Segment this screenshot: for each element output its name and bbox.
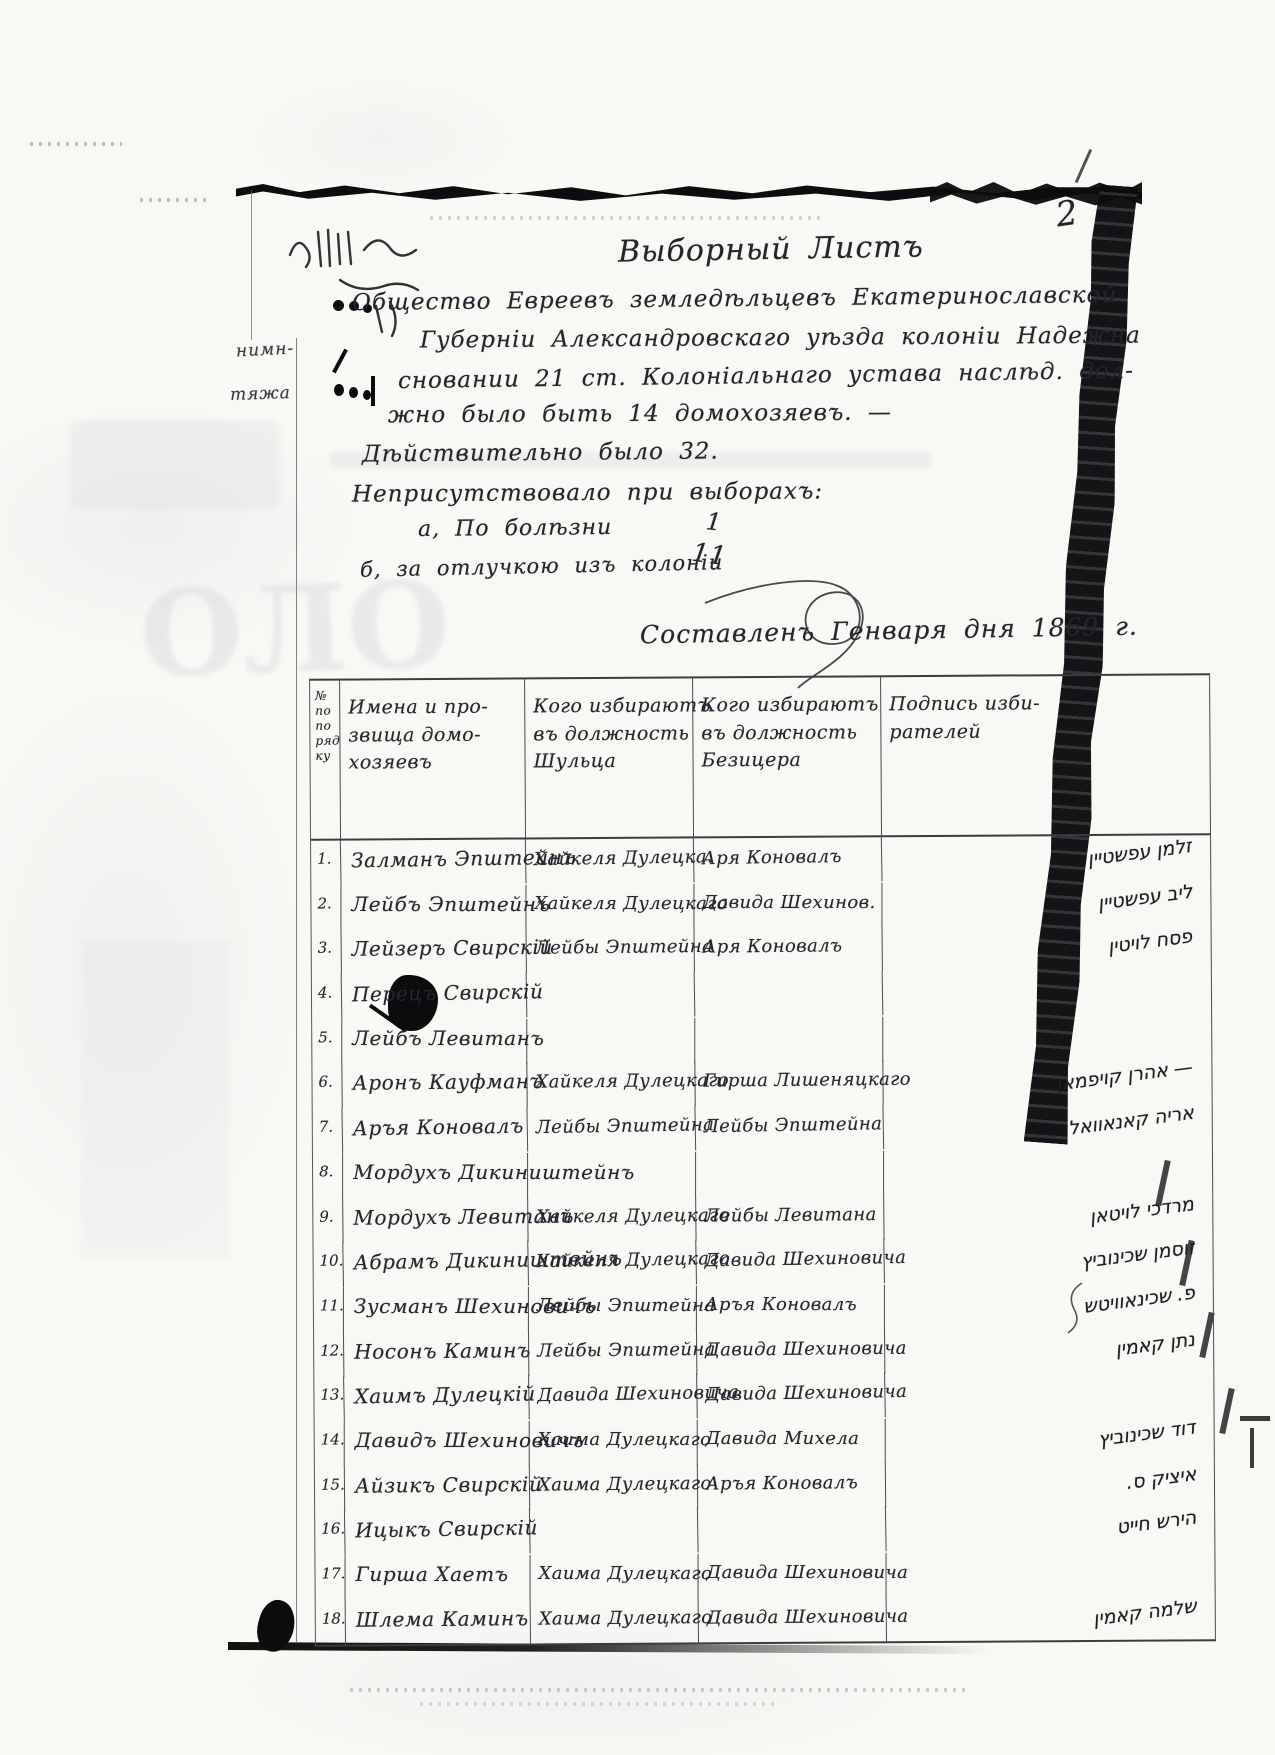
signature-cell: זלמן עפשטיין (882, 835, 1211, 882)
householder-name-cell: Мордухъ Левитанъ (343, 1197, 528, 1243)
signature-cell: — אהרן קויפמאן (883, 1059, 1212, 1106)
ink-dot (349, 387, 358, 398)
beisitzer-vote-cell: Гирша Лишеняцкаго (695, 1060, 883, 1106)
document-title: Выборный Листъ (618, 229, 924, 269)
ink-dot (363, 390, 371, 400)
beisitzer-vote-cell: Аръя Коновалъ (697, 1285, 885, 1330)
schulz-vote-cell: Хаима Дулецкаго (530, 1420, 698, 1465)
binding-dash (1219, 1388, 1234, 1434)
row-number-cell: 9. (313, 1198, 343, 1243)
row-number-cell: 18. (316, 1600, 346, 1645)
beisitzer-vote-cell: Давида Шехиновича (699, 1553, 887, 1598)
heading-line-6: Неприсутствовало при выборахъ: (352, 478, 823, 507)
row-number-cell: 12. (314, 1332, 344, 1377)
absent-sick-label: а, По болѣзни (418, 515, 613, 542)
schulz-vote-cell: Хайкеля Дулецкаго (528, 1240, 697, 1287)
header-row-number: № по по ряд ку (310, 681, 341, 841)
schulz-vote-cell: Хаима Дулецкаго (531, 1598, 699, 1644)
signature-cell: ליב עפשטיין (882, 880, 1211, 927)
upper-left-frame-line (251, 190, 252, 340)
householder-name-cell: Абрамъ Дикиништейнъ (343, 1241, 529, 1289)
corner-tick (1075, 149, 1092, 183)
heading-line-5: Дѣйствительно было 32. (362, 438, 719, 467)
schulz-vote-cell: Хаима Дулецкаго (531, 1554, 699, 1599)
signature-cell: הירש חייט (886, 1506, 1215, 1553)
schulz-vote-cell: Хайкеля Дулецкаго (527, 1062, 695, 1108)
householder-name-cell: Гирша Хаетъ (346, 1555, 531, 1600)
header-beisitzer-vote: Кого избираютъ въ должность Безицера (693, 677, 882, 838)
signature-cell (886, 1550, 1215, 1597)
beisitzer-vote-cell: Аръя Коновалъ (698, 1463, 886, 1509)
schulz-vote-cell: Хайкеля Дулецкаго (528, 1196, 696, 1242)
beisitzer-vote-cell: Давида Шехиновича (699, 1597, 887, 1643)
householder-name-cell: Аронъ Кауфманъ (342, 1063, 527, 1109)
householder-name-cell: Залманъ Эпштейнъ (341, 838, 527, 886)
schulz-vote-cell (528, 1152, 696, 1197)
row-number-cell: 2. (311, 885, 341, 930)
householder-name-cell: Ицыкъ Свирскій (345, 1509, 531, 1557)
beisitzer-vote-cell (698, 1507, 887, 1555)
schulz-vote-cell: Лейбы Эпштейна (529, 1286, 697, 1331)
row-number-cell: 6. (312, 1064, 342, 1109)
householder-name-cell: Шлема Каминъ (346, 1599, 531, 1645)
beisitzer-vote-cell: Давида Шехиновича (697, 1328, 885, 1374)
scanned-document-page: ОЛО 2 нимн- тяжа Выборный Листъ Общество… (0, 0, 1275, 1755)
row-number-cell: 5. (312, 1019, 342, 1064)
signature-cell: איציק ס. (886, 1461, 1215, 1508)
signature-cell: שלמה קאמין (887, 1595, 1216, 1642)
row-number-cell: 16. (315, 1511, 346, 1556)
schulz-vote-cell: Давида Шехиновича (529, 1374, 698, 1421)
householder-name-cell: Носонъ Каминъ (344, 1331, 529, 1377)
row-number-cell: 17. (316, 1556, 346, 1601)
householder-name-cell: Перецъ Свирскій (342, 973, 528, 1021)
beisitzer-vote-cell: Давида Шехинов. (694, 883, 882, 928)
beisitzer-vote-cell: Давида Шехиновича (696, 1238, 885, 1286)
row-number-cell: 3. (312, 930, 342, 975)
householder-name-cell: Хаимъ Дулецкій (344, 1375, 530, 1423)
absent-sick-value: 1 (705, 507, 724, 537)
heading-line-4: жно было быть 14 домохозяевъ. — (388, 400, 892, 429)
householder-name-cell: Айзикъ Свирскій (345, 1465, 530, 1511)
beisitzer-vote-cell (695, 1017, 883, 1062)
beisitzer-vote-cell (695, 970, 884, 1018)
ink-dot (334, 384, 344, 396)
schulz-vote-cell: Хайкеля Дулецкаго (526, 884, 694, 929)
householder-name-cell: Лейбъ Эпштейнъ (341, 885, 526, 930)
signature-cell (885, 1371, 1214, 1418)
signature-cell (883, 1014, 1212, 1061)
householder-name-cell: Аръя Коновалъ (342, 1107, 528, 1155)
signature-cell (883, 969, 1212, 1016)
bleedthrough-blob (80, 940, 230, 1260)
signature-cell: נתן קאמין (885, 1327, 1214, 1374)
signature-cell: פסח לויטין (883, 925, 1212, 972)
schulz-vote-cell (527, 972, 696, 1019)
schulz-vote-cell: Хаима Дулецкаго (530, 1464, 698, 1510)
binding-mark (1240, 1416, 1270, 1421)
beisitzer-vote-cell: Давида Шехиновича (697, 1373, 886, 1421)
householder-name-cell: Давидъ Шехиновичъ (345, 1421, 530, 1466)
header-schulz-vote: Кого избираютъ въ должность Шульца (525, 678, 694, 839)
signature-cell: פ. שכינאוויטש (885, 1282, 1214, 1329)
schulz-vote-cell: Хайкеля Дулецка. (526, 838, 695, 885)
schulz-vote-cell: Лейбы Эпштейна (529, 1330, 697, 1376)
row-number-cell: 7. (312, 1109, 343, 1154)
binding-mark (1250, 1428, 1254, 1468)
margin-note: тяжа (230, 383, 292, 405)
heading-line-2: Губерніи Александровскаго уѣзда колоніи … (420, 322, 1141, 353)
householder-name-cell: Лейбъ Левитанъ (342, 1019, 527, 1064)
signature-cell: דוד שכינוביץ (886, 1416, 1215, 1463)
schulz-vote-cell: Лейбы Эпштейна (527, 927, 695, 973)
schulz-vote-cell (530, 1508, 699, 1555)
left-frame-line (296, 338, 297, 1642)
beisitzer-vote-cell (696, 1151, 884, 1196)
beisitzer-vote-cell: Аря Коновалъ (694, 836, 883, 884)
signature-cell: זוסמן שכינוביץ (884, 1237, 1213, 1284)
householder-name-cell: Мордухъ Дикиништейнъ (343, 1153, 528, 1198)
ink-stroke (371, 376, 375, 406)
row-number-cell: 15. (315, 1466, 345, 1511)
page-number: 2 (1053, 193, 1081, 236)
householder-name-cell: Лейзеръ Свирскій (342, 928, 527, 974)
signature-cell (884, 1148, 1213, 1195)
header-householder-names: Имена и про- звища домо- хозяевъ (340, 679, 526, 840)
signature-cell: אריה קאנאוואל (884, 1103, 1213, 1150)
beisitzer-vote-cell: Лейбы Эпштейна (695, 1104, 884, 1152)
election-table: № по по ряд ку Имена и про- звища домо- … (309, 673, 1216, 1647)
row-number-cell: 8. (313, 1153, 343, 1198)
heading-line-3: сновании 21 ст. Колоніальнаго устава нас… (398, 358, 1134, 394)
signature-cell: מרדכי לויטאן (884, 1193, 1213, 1240)
absent-away-value: 11 (690, 538, 729, 573)
bleedthrough-blob (70, 420, 280, 510)
householder-name-cell: Зусманъ Шехиновичъ (344, 1287, 529, 1332)
margin-note: нимн- (236, 338, 295, 361)
schulz-vote-cell: Лейбы Эпштейна (527, 1106, 696, 1153)
header-voter-signature: Подпись изби- рателей (881, 675, 1211, 837)
beisitzer-vote-cell: Лейбы Левитана (696, 1194, 884, 1240)
row-number-cell: 14. (315, 1422, 345, 1467)
schulz-vote-cell (527, 1018, 695, 1063)
row-number-cell: 11. (314, 1288, 344, 1333)
row-number-cell: 4. (312, 974, 343, 1019)
row-number-cell: 1. (311, 840, 342, 885)
row-number-cell: 10. (313, 1243, 344, 1288)
beisitzer-vote-cell: Аря Коновалъ (695, 926, 883, 972)
row-number-cell: 13. (314, 1377, 345, 1422)
beisitzer-vote-cell: Давида Михела (698, 1419, 886, 1464)
